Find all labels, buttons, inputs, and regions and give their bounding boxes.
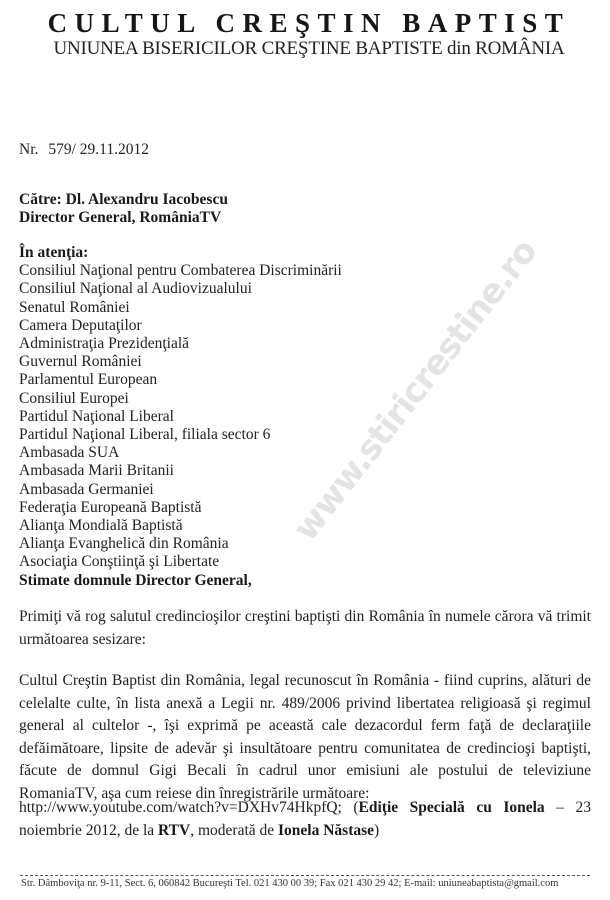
moderated-by: , moderată de xyxy=(190,822,278,839)
body-paragraph-complaint: Cultul Creştin Baptist din România, lega… xyxy=(19,670,591,805)
reference-value: 579/ 29.11.2012 xyxy=(48,141,149,158)
channel-name: RTV xyxy=(158,822,190,839)
list-item: Senatul României xyxy=(19,299,342,317)
addressee-block: Către: Dl. Alexandru Iacobescu Director … xyxy=(19,191,228,227)
list-item: Camera Deputaţilor xyxy=(19,317,342,335)
open-paren: ( xyxy=(342,799,359,816)
list-item: Asociaţia Conştiinţă şi Libertate xyxy=(19,553,342,571)
salutation: Stimate domnule Director General, xyxy=(19,572,252,590)
list-item: Administraţia Prezidenţială xyxy=(19,335,342,353)
attention-title: În atenţia: xyxy=(19,244,342,262)
list-item: Ambasada Germaniei xyxy=(19,481,342,499)
list-item: Consiliul Naţional pentru Combaterea Dis… xyxy=(19,262,342,280)
letterhead-title: CULTUL CREŞTIN BAPTIST xyxy=(0,8,610,38)
list-item: Partidul Naţional Liberal xyxy=(19,408,342,426)
letterhead-subtitle: UNIUNEA BISERICILOR CREŞTINE BAPTISTE di… xyxy=(0,38,610,60)
body-paragraph-reference: http://www.youtube.com/watch?v=DXHv74Hkp… xyxy=(19,797,591,842)
list-item: Ambasada Marii Britanii xyxy=(19,462,342,480)
letter-page: www.stiricrestine.ro CULTUL CREŞTIN BAPT… xyxy=(0,0,610,900)
list-item: Partidul Naţional Liberal, filiala secto… xyxy=(19,426,342,444)
footer-contact: Str. Dâmboviţa nr. 9-11, Sect. 6, 060842… xyxy=(21,878,591,889)
list-item: Federaţia Europeană Baptistă xyxy=(19,499,342,517)
reference-number: Nr.579/ 29.11.2012 xyxy=(19,141,149,159)
close-paren: ) xyxy=(374,822,379,839)
moderator-name: Ionela Năstase xyxy=(278,822,374,839)
list-item: Alianţa Mondială Baptistă xyxy=(19,517,342,535)
attention-block: În atenţia: Consiliul Naţional pentru Co… xyxy=(19,244,342,572)
list-item: Ambasada SUA xyxy=(19,444,342,462)
reference-label: Nr. xyxy=(19,141,38,158)
addressee-title: Director General, RomâniaTV xyxy=(19,209,228,227)
list-item: Guvernul României xyxy=(19,353,342,371)
list-item: Consiliul Naţional al Audiovizualului xyxy=(19,280,342,298)
list-item: Alianţa Evanghelică din România xyxy=(19,535,342,553)
addressee-name: Către: Dl. Alexandru Iacobescu xyxy=(19,191,228,209)
youtube-link[interactable]: http://www.youtube.com/watch?v=DXHv74Hkp… xyxy=(19,799,342,816)
show-title: Ediţie Specială cu Ionela xyxy=(359,799,545,816)
attention-list: Consiliul Naţional pentru Combaterea Dis… xyxy=(19,262,342,571)
list-item: Parlamentul European xyxy=(19,371,342,389)
footer-divider xyxy=(20,875,590,876)
body-paragraph-greeting: Primiţi vă rog salutul credincioşilor cr… xyxy=(19,606,591,651)
list-item: Consiliul Europei xyxy=(19,390,342,408)
